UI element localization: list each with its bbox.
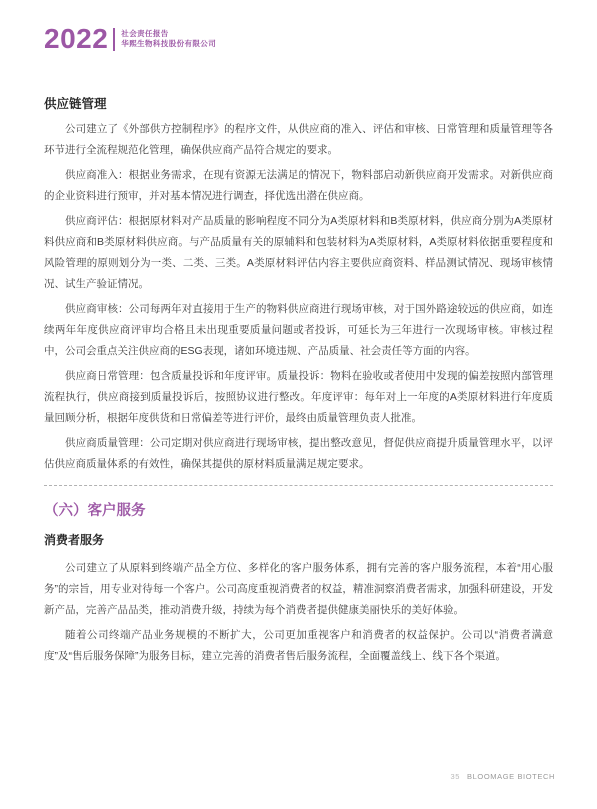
supply-chain-paragraph: 公司建立了《外部供方控制程序》的程序文件，从供应商的准入、评估和审核、日常管理和… (44, 119, 553, 161)
customer-service-paragraph: 随着公司终端产品业务规模的不断扩大，公司更加重视客户和消费者的权益保护。公司以“… (44, 625, 553, 667)
report-year: 2022 (44, 26, 108, 52)
consumer-service-title: 消费者服务 (44, 533, 553, 547)
supply-chain-paragraph: 供应商审核：公司每两年对直接用于生产的物料供应商进行现场审核，对于国外路途较远的… (44, 299, 553, 362)
supply-chain-paragraph: 供应商准入：根据业务需求，在现有资源无法满足的情况下，物料部启动新供应商开发需求… (44, 165, 553, 207)
section-divider (44, 485, 553, 486)
customer-service-paragraph: 公司建立了从原料到终端产品全方位、多样化的客户服务体系，拥有完善的客户服务流程，… (44, 558, 553, 621)
brand-name: BLOOMAGE BIOTECH (467, 772, 555, 781)
company-name: 华熙生物科技股份有限公司 (121, 39, 216, 50)
page-number: 35 (451, 772, 461, 781)
supply-chain-title: 供应链管理 (44, 96, 553, 112)
page-header: 2022 社会责任报告 华熙生物科技股份有限公司 (44, 26, 216, 52)
header-divider (113, 28, 115, 51)
header-subtitle: 社会责任报告 华熙生物科技股份有限公司 (121, 29, 216, 50)
supply-chain-paragraph: 供应商评估：根据原材料对产品质量的影响程度不同分为A类原材料和B类原材料，供应商… (44, 211, 553, 295)
supply-chain-paragraph: 供应商质量管理：公司定期对供应商进行现场审核，提出整改意见，督促供应商提升质量管… (44, 433, 553, 475)
report-page: 2022 社会责任报告 华熙生物科技股份有限公司 供应链管理 公司建立了《外部供… (0, 0, 597, 809)
page-footer: 35BLOOMAGE BIOTECH (451, 772, 556, 781)
customer-service-section-title: （六）客户服务 (44, 503, 553, 520)
page-content: 供应链管理 公司建立了《外部供方控制程序》的程序文件，从供应商的准入、评估和审核… (44, 96, 553, 671)
report-title: 社会责任报告 (121, 29, 216, 40)
supply-chain-paragraph: 供应商日常管理：包含质量投诉和年度评审。质量投诉：物料在验收或者使用中发现的偏差… (44, 366, 553, 429)
